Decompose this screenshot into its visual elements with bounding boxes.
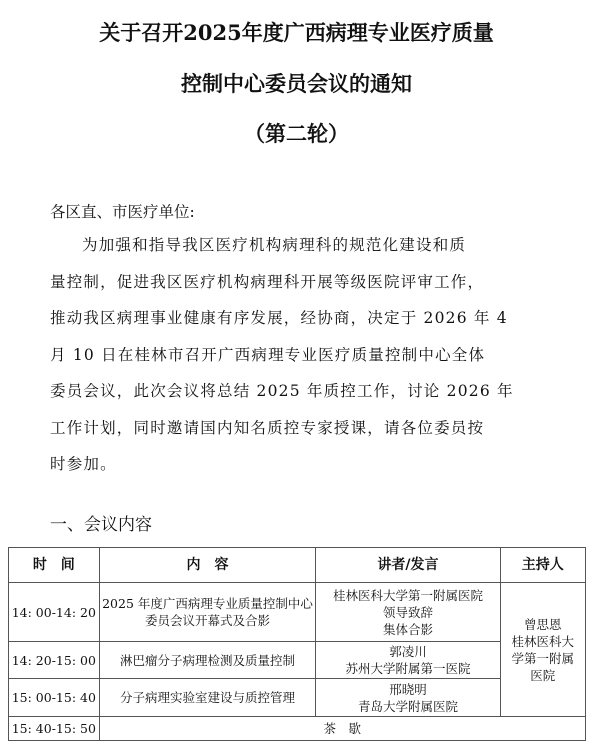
agenda-table: 时 间 内 容 讲者/发言 主持人 14: 00-14: 20 2025 年度广… — [8, 547, 586, 741]
body-line: 量控制，促进我区医疗机构病理科开展等级医院评审工作， — [50, 264, 540, 301]
body-line: 委员会议，此次会议将总结 2025 年质控工作，讨论 2026 年 — [50, 373, 540, 410]
speaker-line: 桂林医科大学第一附属医院 — [318, 587, 497, 604]
speaker-cell: 郭凌川 苏州大学附属第一医院 — [316, 642, 500, 679]
salutation: 各区直、市医疗单位: — [50, 200, 195, 222]
speaker-line: 青岛大学附属医院 — [318, 698, 497, 715]
speaker-cell: 桂林医科大学第一附属医院 领导致辞 集体合影 — [316, 583, 500, 642]
table-row: 15: 00-15: 40 分子病理实验室建设与质控管理 邢晓明 青岛大学附属医… — [9, 679, 586, 717]
header-time: 时 间 — [9, 548, 100, 583]
table-row: 14: 20-15: 00 淋巴瘤分子病理检测及质量控制 郭凌川 苏州大学附属第… — [9, 642, 586, 679]
content-cell: 淋巴瘤分子病理检测及质量控制 — [99, 642, 316, 679]
host-line: 桂林医科大 — [503, 633, 583, 650]
speaker-cell: 邢晓明 青岛大学附属医院 — [316, 679, 500, 717]
body-line: 推动我区病理事业健康有序发展，经协商，决定于 2026 年 4 — [50, 300, 540, 337]
content-cell: 2025 年度广西病理专业质量控制中心委员会议开幕式及合影 — [99, 583, 316, 642]
table-header-row: 时 间 内 容 讲者/发言 主持人 — [9, 548, 586, 583]
time-cell: 15: 40-15: 50 — [9, 717, 100, 741]
host-line: 医院 — [503, 667, 583, 684]
break-cell: 茶 歇 — [99, 717, 585, 741]
content-cell: 分子病理实验室建设与质控管理 — [99, 679, 316, 717]
time-cell: 14: 20-15: 00 — [9, 642, 100, 679]
speaker-line: 集体合影 — [318, 621, 497, 638]
host-line: 学第一附属 — [503, 650, 583, 667]
title-line-1: 关于召开2025年度广西病理专业医疗质量 — [0, 17, 593, 47]
title-line-3: （第二轮） — [0, 118, 593, 148]
speaker-line: 领导致辞 — [318, 604, 497, 621]
time-cell: 14: 00-14: 20 — [9, 583, 100, 642]
body-paragraph: 为加强和指导我区医疗机构病理科的规范化建设和质 量控制，促进我区医疗机构病理科开… — [50, 227, 540, 483]
title-line-2: 控制中心委员会议的通知 — [0, 68, 593, 98]
table-row: 14: 00-14: 20 2025 年度广西病理专业质量控制中心委员会议开幕式… — [9, 583, 586, 642]
speaker-line: 苏州大学附属第一医院 — [318, 660, 497, 677]
speaker-line: 郭凌川 — [318, 643, 497, 660]
time-cell: 15: 00-15: 40 — [9, 679, 100, 717]
section-heading: 一、会议内容 — [50, 510, 152, 535]
header-speaker: 讲者/发言 — [316, 548, 500, 583]
header-host: 主持人 — [500, 548, 585, 583]
host-line: 曾思恩 — [503, 616, 583, 633]
table-row-break: 15: 40-15: 50 茶 歇 — [9, 717, 586, 741]
body-line: 月 10 日在桂林市召开广西病理专业医疗质量控制中心全体 — [50, 337, 540, 374]
speaker-line: 邢晓明 — [318, 681, 497, 698]
body-line: 时参加。 — [50, 446, 540, 483]
host-cell: 曾思恩 桂林医科大 学第一附属 医院 — [500, 583, 585, 717]
body-line: 工作计划，同时邀请国内知名质控专家授课，请各位委员按 — [50, 410, 540, 447]
header-content: 内 容 — [99, 548, 316, 583]
body-line: 为加强和指导我区医疗机构病理科的规范化建设和质 — [50, 227, 540, 264]
